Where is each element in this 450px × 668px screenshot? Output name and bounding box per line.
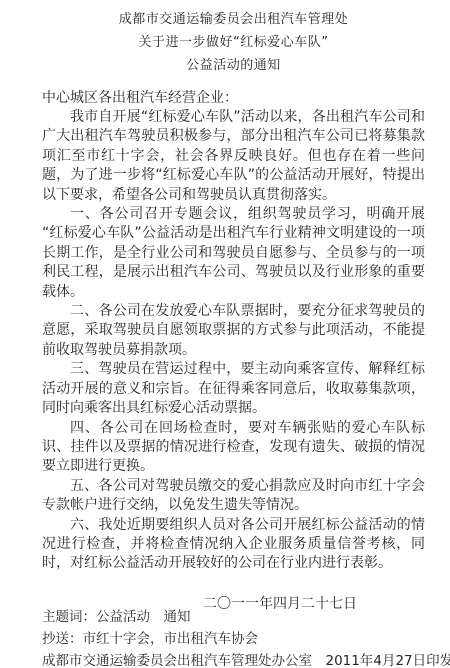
paragraph-item-1: 一、各公司召开专题会议，组织驾驶员学习，明确开展“红标爱心车队”公益活动是出租汽… [42,205,425,302]
paragraph-item-5: 五、各公司对驾驶员缴交的爱心捐款应及时向市红十字会专款帐户进行交纳，以免发生遗失… [42,477,425,516]
salutation-line: 中心城区各出租汽车经营企业： [42,88,425,108]
title-line-subject: 关于进一步做好“红标爱心车队” [42,31,425,54]
document-content: 成都市交通运输委员会出租汽车管理处 关于进一步做好“红标爱心车队” 公益活动的通… [0,0,450,612]
paragraph-item-4: 四、各公司在回场检查时，要对车辆张贴的爱心车队标识、挂件以及票据的情况进行检查，… [42,419,425,477]
document-footer: 主题词：公益活动 通知 抄送：市红十字会，市出租汽车协会 成都市交通运输委员会出… [42,606,448,668]
paragraph-item-6: 六、我处近期要组织人员对各公司开展红标公益活动的情况进行检查，并将检查情况纳入企… [42,516,425,574]
paragraph-item-2: 二、各公司在发放爱心车队票据时，要充分征求驾驶员的意愿，采取驾驶员自愿领取票据的… [42,302,425,360]
issue-office-line: 成都市交通运输委员会出租汽车管理处办公室 2011年4月27日印发 [42,650,448,668]
subject-keywords-line: 主题词：公益活动 通知 [42,606,448,628]
document-body: 我市自开展“红标爱心车队”活动以来，各出租汽车公司和广大出租汽车驾驶员积极参与，… [42,108,425,574]
notice-document-page: 成都市交通运输委员会出租汽车管理处 关于进一步做好“红标爱心车队” 公益活动的通… [0,0,450,668]
title-line-issuer: 成都市交通运输委员会出租汽车管理处 [42,8,425,31]
paragraph-item-3: 三、驾驶员在营运过程中，要主动向乘客宣传、解释红标活动开展的意义和宗旨。在征得乘… [42,360,425,418]
cc-line: 抄送：市红十字会，市出租汽车协会 [42,628,448,650]
paragraph-intro: 我市自开展“红标爱心车队”活动以来，各出租汽车公司和广大出租汽车驾驶员积极参与，… [42,108,425,205]
document-title: 成都市交通运输委员会出租汽车管理处 关于进一步做好“红标爱心车队” 公益活动的通… [42,8,425,77]
title-line-notice: 公益活动的通知 [42,54,425,77]
